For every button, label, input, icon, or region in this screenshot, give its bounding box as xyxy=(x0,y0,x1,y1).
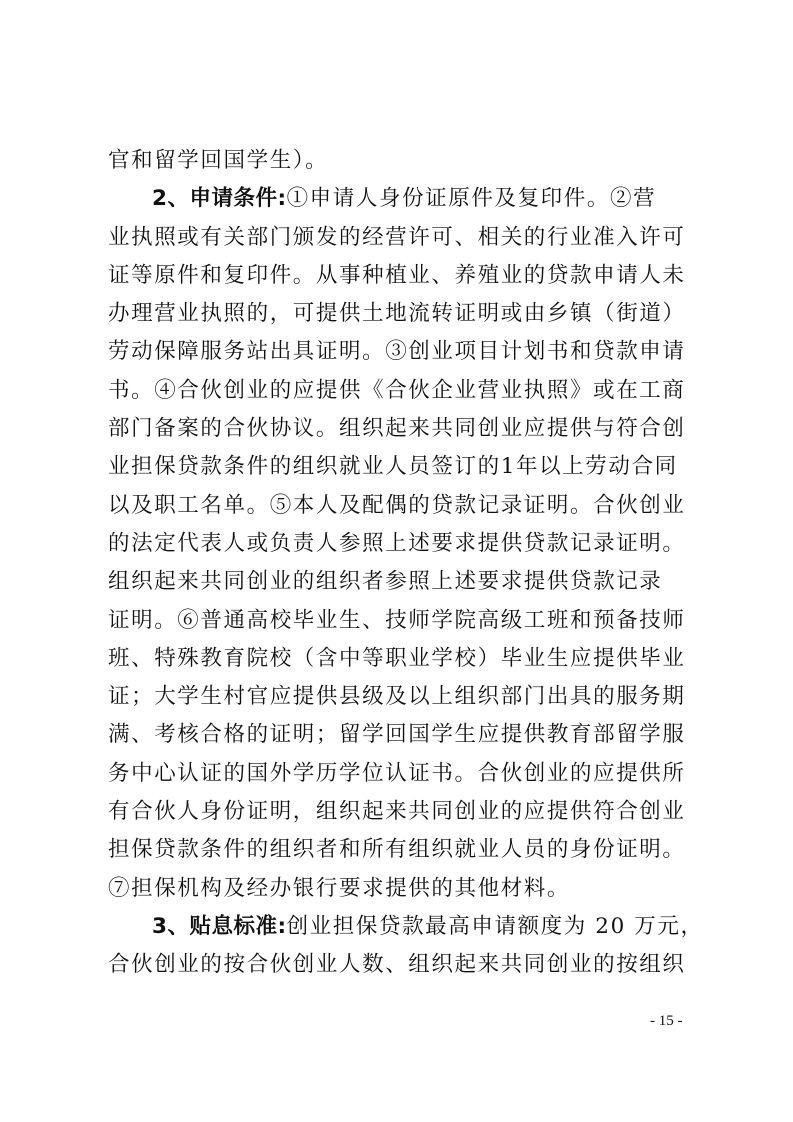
text-span: ①申请人身份证原件及复印件。②营 xyxy=(287,186,657,211)
text-line: 证等原件和复印件。从事种植业、养殖业的贷款申请人未 xyxy=(108,257,708,295)
text-line: 务中心认证的国外学历学位认证书。合伙创业的应提供所 xyxy=(108,755,708,793)
text-line: 劳动保障服务站出具证明。③创业项目计划书和贷款申请 xyxy=(108,333,708,371)
section-2-line: 2、申请条件:①申请人身份证原件及复印件。②营 xyxy=(108,180,708,218)
text-line: 证明。⑥普通高校毕业生、技师学院高级工班和预备技师 xyxy=(108,602,708,640)
text-line: 书。④合伙创业的应提供《合伙企业营业执照》或在工商 xyxy=(108,372,708,410)
text-line: 满、考核合格的证明；留学回国学生应提供教育部留学服 xyxy=(108,716,708,754)
text-line: 业执照或有关部门颁发的经营许可、相关的行业准入许可 xyxy=(108,219,708,257)
document-body: 官和留学回国学生）。 2、申请条件:①申请人身份证原件及复印件。②营 业执照或有… xyxy=(108,142,708,985)
text-line: 办理营业执照的，可提供土地流转证明或由乡镇（街道） xyxy=(108,295,708,333)
text-line: 担保贷款条件的组织者和所有组织就业人员的身份证明。 xyxy=(108,831,708,869)
section-3-line: 3、贴息标准:创业担保贷款最高申请额度为 20 万元， xyxy=(108,908,708,946)
page-number: - 15 - xyxy=(650,1013,683,1030)
text-line: 部门备案的合伙协议。组织起来共同创业应提供与符合创 xyxy=(108,410,708,448)
text-line: 有合伙人身份证明，组织起来共同创业的应提供符合创业 xyxy=(108,793,708,831)
text-line: 证；大学生村官应提供县级及以上组织部门出具的服务期 xyxy=(108,678,708,716)
text-line: 的法定代表人或负责人参照上述要求提供贷款记录证明。 xyxy=(108,525,708,563)
text-line: 班、特殊教育院校（含中等职业学校）毕业生应提供毕业 xyxy=(108,640,708,678)
section-heading: 2、申请条件: xyxy=(152,186,287,211)
text-line: ⑦担保机构及经办银行要求提供的其他材料。 xyxy=(108,870,708,908)
text-line: 组织起来共同创业的组织者参照上述要求提供贷款记录 xyxy=(108,563,708,601)
text-line: 业担保贷款条件的组织就业人员签订的1年以上劳动合同 xyxy=(108,448,708,486)
text-span: 创业担保贷款最高申请额度为 20 万元， xyxy=(287,914,704,939)
text-line: 官和留学回国学生）。 xyxy=(108,142,708,180)
section-heading: 3、贴息标准: xyxy=(152,914,287,939)
text-line: 合伙创业的按合伙创业人数、组织起来共同创业的按组织 xyxy=(108,946,708,984)
text-line: 以及职工名单。⑤本人及配偶的贷款记录证明。合伙创业 xyxy=(108,487,708,525)
